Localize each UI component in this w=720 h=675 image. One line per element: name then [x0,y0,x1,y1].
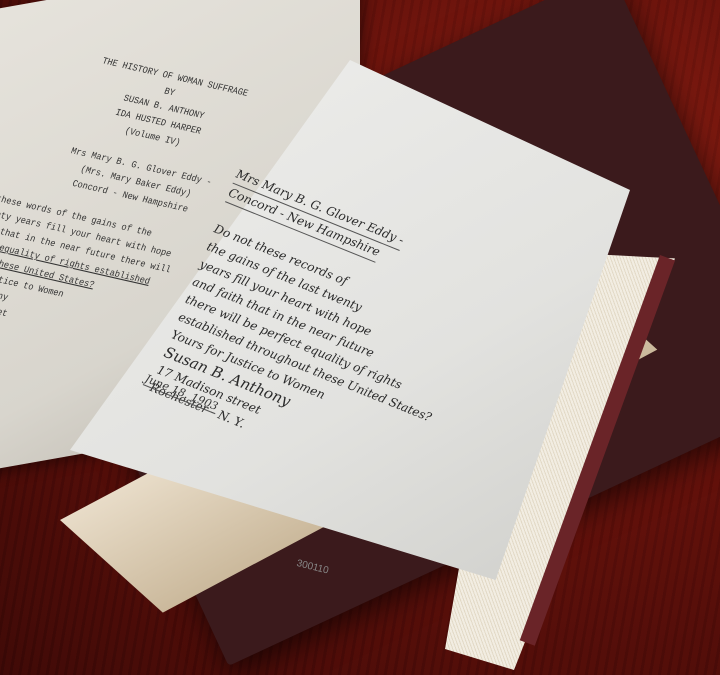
photo-scene: THE HISTORY OF WOMAN SUFFRAGE BY SUSAN B… [0,0,720,675]
